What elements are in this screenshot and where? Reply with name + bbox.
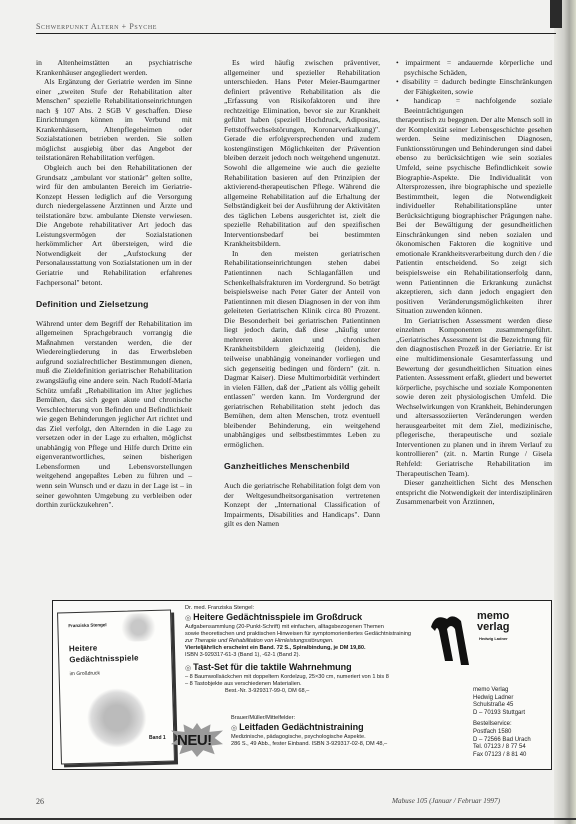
publisher-logo-sub: Hedwig Ladner [479,636,508,641]
bullet-icon: ◎ [231,725,237,732]
ad-item-heitere: Dr. med. Franziska Stengel: ◎Heitere Ged… [185,605,415,659]
puzzle-pieces-icon [86,687,148,749]
bullet-icon: ◎ [185,615,191,622]
puzzle-decoration-icon [118,613,159,642]
list-item: disability = dadurch bedingte Einschränk… [396,77,552,96]
page-number: 26 [36,797,44,806]
paragraph: Während unter dem Begriff der Rehabilita… [36,319,192,510]
bottom-rule [0,818,576,820]
text-column-1: in Altenheimstätten an psychiatrische Kr… [36,58,192,510]
publisher-advertisement: Franziska Stengel Heitere Gedächtnisspie… [52,600,552,770]
paragraph: In den meisten geriatrischen Rehabilitat… [224,249,380,449]
paragraph: Als Ergänzung der Geriatrie werden im Si… [36,77,192,163]
book-subtitle: im Großdruck [70,670,100,677]
new-badge: NEU! [177,732,212,749]
book-title: Heitere Gedächtnisspiele [69,641,139,665]
paragraph: Im Geriatrischen Assessment werden diese… [396,316,552,478]
section-heading-menschenbild: Ganzheitliches Menschenbild [224,462,380,472]
ad-item-tast-set: ◎Tast-Set für die taktile Wahrnehmung – … [185,662,415,695]
book-author: Franziska Stengel [68,622,106,628]
publisher-logo-text: memo verlag [477,611,509,633]
list-item: impairment = andauernde körperliche und … [396,58,552,77]
paragraph: in Altenheimstätten an psychiatrische Kr… [36,58,192,77]
book-cover-image: Franziska Stengel Heitere Gedächtnisspie… [57,610,175,765]
ad-product-list: Dr. med. Franziska Stengel: ◎Heitere Ged… [185,605,415,698]
paragraph: therapeutisch zu begegnen. Der alte Mens… [396,115,552,315]
paragraph: Es wird häufig zwischen präventiver, all… [224,58,380,249]
text-column-3: impairment = andauernde körperliche und … [396,58,552,507]
paragraph: Dieser ganzheitlichen Sicht des Menschen… [396,478,552,507]
publisher-address: memo Verlag Hedwig Ladner Schulstraße 45… [473,687,531,759]
list-item: handicap = nachfolgende soziale Beeinträ… [396,96,552,115]
paragraph: Auch die geriatrische Rehabilitation fol… [224,481,380,529]
section-heading-definition: Definition und Zielsetzung [36,300,192,310]
band-label: Band 1 [149,735,166,741]
paragraph: Obgleich auch bei den Rehabilitationen d… [36,163,192,287]
ad-item-leitfaden: Brauer/Müller/Mittelfelder: ◎Leitfaden G… [231,715,441,748]
page-edge-shadow [554,0,576,824]
issue-info: Mabuse 105 (Januar / Februar 1997) [392,797,500,805]
running-head: Schwerpunkt Altern + Psyche [36,22,556,34]
bullet-icon: ◎ [185,665,191,672]
bullet-list: impairment = andauernde körperliche und … [396,58,552,115]
text-column-2: Es wird häufig zwischen präventiver, all… [224,58,380,529]
